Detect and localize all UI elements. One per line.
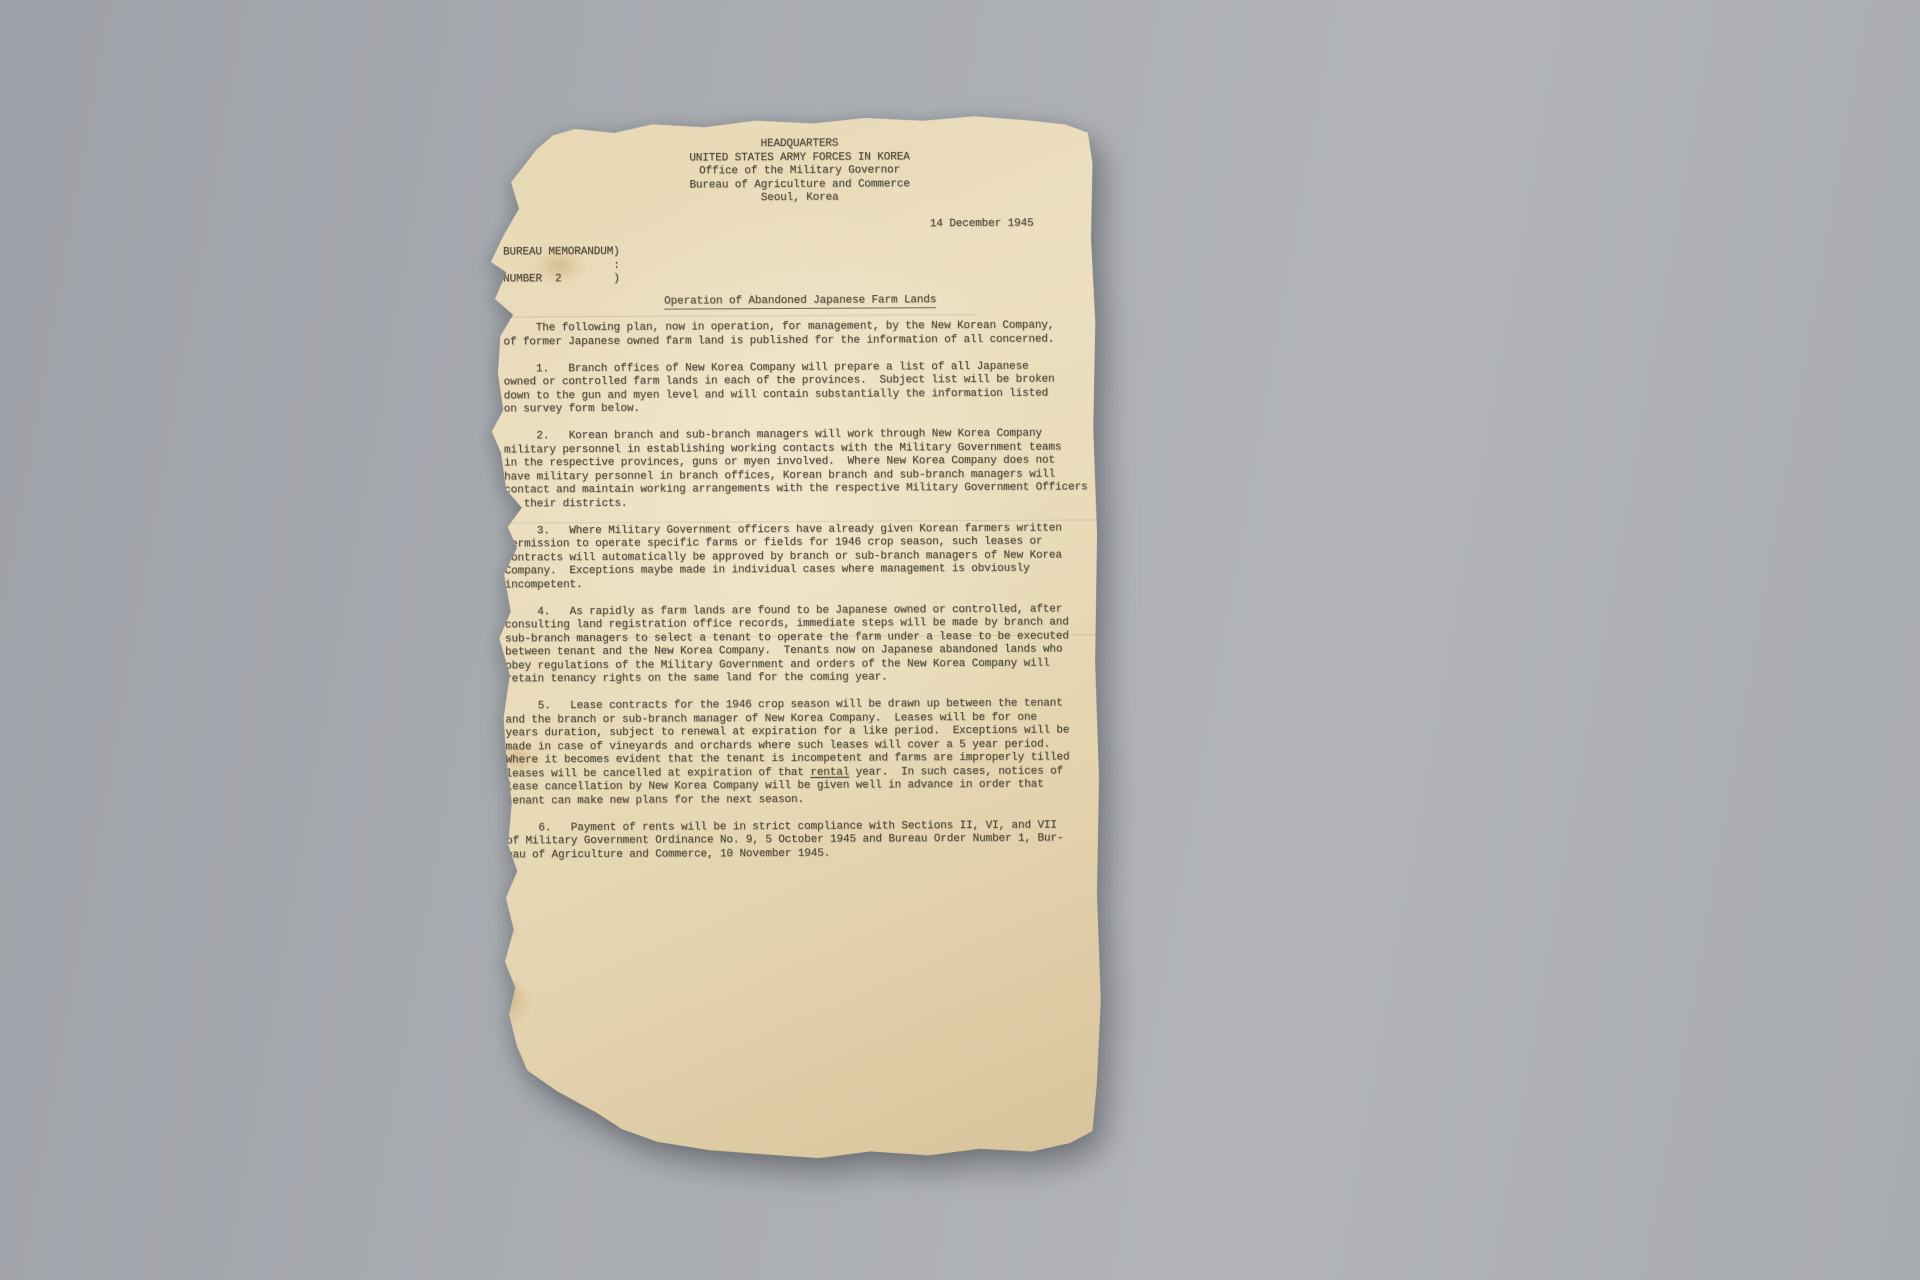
- paragraph-3: 3. Where Military Government officers ha…: [504, 522, 1102, 593]
- memo-number-block: BUREAU MEMORANDUM) : NUMBER 2 ): [503, 246, 620, 287]
- intro-paragraph: The following plan, now in operation, fo…: [503, 319, 1101, 349]
- photograph-background: HEADQUARTERS UNITED STATES ARMY FORCES I…: [0, 0, 1920, 1280]
- paragraph-5: 5. Lease contracts for the 1946 crop sea…: [505, 697, 1104, 808]
- paper-shadow-wrap: HEADQUARTERS UNITED STATES ARMY FORCES I…: [459, 110, 1109, 1173]
- paragraph-6: 6. Payment of rents will be in strict co…: [506, 819, 1104, 863]
- subject-title: Operation of Abandoned Japanese Farm Lan…: [664, 294, 936, 309]
- memo-paper: HEADQUARTERS UNITED STATES ARMY FORCES I…: [459, 110, 1109, 1173]
- memo-body: The following plan, now in operation, fo…: [503, 319, 1104, 862]
- date-line: 14 December 1945: [930, 218, 1034, 232]
- paragraph-4: 4. As rapidly as farm lands are found to…: [505, 603, 1103, 687]
- fold-crease-top: [460, 314, 975, 320]
- paragraph-1: 1. Branch offices of New Korea Company w…: [504, 360, 1102, 417]
- paper-stain: [473, 972, 521, 1012]
- letterhead-city: Seoul, Korea: [496, 190, 1104, 207]
- paragraph-5-underlined-word: rental: [810, 766, 849, 778]
- paragraph-2: 2. Korean branch and sub-branch managers…: [504, 427, 1102, 511]
- letterhead: HEADQUARTERS UNITED STATES ARMY FORCES I…: [459, 136, 1103, 207]
- subject-title-row: Operation of Abandoned Japanese Farm Lan…: [460, 293, 1104, 310]
